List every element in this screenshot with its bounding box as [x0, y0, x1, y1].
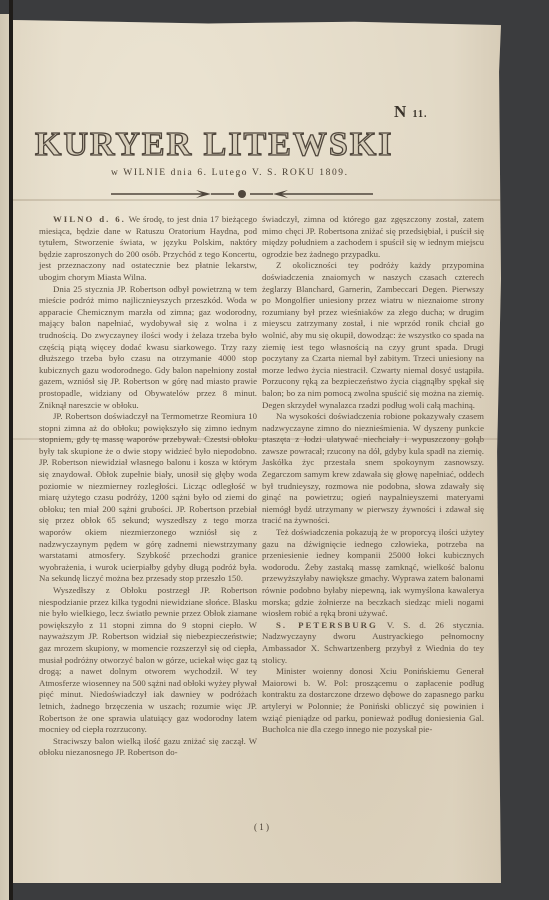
ornamental-divider-icon — [111, 188, 373, 200]
newspaper-page: N 11. KURYER LITEWSKI w WILNIE dnia 6. L… — [13, 20, 501, 883]
right-column: świadczył, zimna od którego gaz zgęszczo… — [262, 214, 484, 736]
article-paragraph: JP. Robertson doświadczył na Termometrze… — [39, 411, 257, 585]
article-paragraph: Na wysokości doświadczenia robione pokaz… — [262, 411, 484, 527]
article-lead: WILNO d. 6. — [53, 214, 126, 224]
article-paragraph: Z okoliczności tey podróży każdy przypom… — [262, 260, 484, 411]
article-lead: S. PETERSBURG — [276, 620, 378, 630]
issue-number: N 11. — [394, 102, 427, 122]
issue-number-prefix: N — [394, 102, 407, 121]
page-number: ( 1 ) — [254, 822, 269, 832]
left-column: WILNO d. 6. We środę, to jest dnia 17 bi… — [39, 214, 257, 759]
article-paragraph: Dnia 25 stycznia JP. Robertson odbył pow… — [39, 284, 257, 412]
newspaper-title: KURYER LITEWSKI — [35, 126, 435, 164]
article-paragraph: Też doświadczenia pokazują że w proporcy… — [262, 527, 484, 620]
article-paragraph: Minister woienny donosi Xciu Ponińskiemu… — [262, 666, 484, 736]
dateline: w WILNIE dnia 6. Lutego V. S. ROKU 1809. — [111, 168, 349, 178]
binding-spine — [9, 0, 13, 900]
article-paragraph: S. PETERSBURG V. S. d. 26 stycznia. Nadz… — [262, 620, 484, 666]
article-paragraph: Straciwszy balon wielką ilość gazu zniża… — [39, 736, 257, 759]
article-text: We środę, to jest dnia 17 bieżącego mies… — [39, 214, 257, 282]
article-paragraph: Wyszedłszy z Obłoku postrzegł JP. Robert… — [39, 585, 257, 736]
article-paragraph: WILNO d. 6. We środę, to jest dnia 17 bi… — [39, 214, 257, 284]
article-paragraph: świadczył, zimna od którego gaz zgęszczo… — [262, 214, 484, 260]
issue-number-value: 11. — [413, 109, 428, 120]
